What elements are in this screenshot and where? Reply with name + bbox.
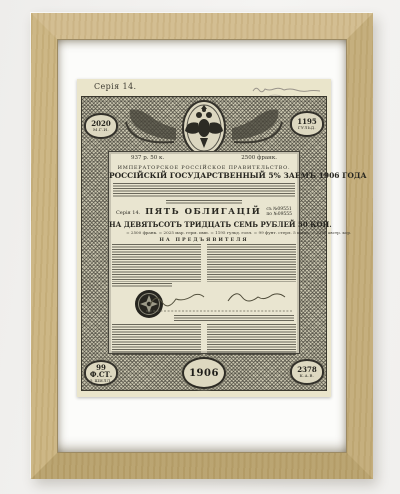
badge-bottom-right-value: 2378 [297,366,316,373]
bond-title: РОССІЙСКІЙ ГОСУДАРСТВЕННЫЙ 5% ЗАЕМЪ 1906… [109,171,299,180]
amount-line: НА ДЕВЯТЬСОТЪ ТРИДЦАТЬ СЕМЬ РУБЛЕЙ 50 КО… [109,220,299,229]
fine-print-column [207,244,296,282]
bond-count-label: ПЯТЬ ОБЛИГАЦІЙ [145,207,261,217]
badge-top-right-value: 1195 [297,118,316,125]
fine-print-column [112,244,201,282]
certificate-text-area: 937 р. 50 к. 2500 франк. ИМПЕРАТОРСКОЕ Р… [108,151,300,354]
currency-equivalents-line: = 2500 франк. = 2025 мар. герм. имп. = 1… [126,231,282,236]
bearer-line: НА ПРЕДЪЯВИТЕЛЯ [109,237,299,243]
seal-and-signature-row [112,283,296,323]
fine-print-block [166,200,242,205]
fine-print-column [112,324,201,355]
mat-board: Серія 14. 2020 М.Г.И. 1195 ГУЛЬД. [57,39,347,453]
badge-bottom-left-unit: 5 ШИЛЛ. [90,379,112,383]
badge-top-right-unit: ГУЛЬД. [298,126,316,130]
year-label: 1906 [189,368,219,379]
badge-top-left: 2020 М.Г.И. [84,113,118,139]
value-francs: 2500 франк. [241,155,277,161]
value-rubles: 937 р. 50 к. [131,155,164,161]
bond-numbers: съ №09551 по №09555 [266,207,292,218]
fine-print-caption [174,315,294,321]
denomination-row: 937 р. 50 к. 2500 франк. [109,155,299,161]
year-medallion: 1906 [182,357,226,389]
laurel-ornament-left [120,104,178,146]
fine-print-block [113,183,295,198]
series-label: Серія 14. [116,210,140,216]
badge-bottom-left: 99 Ф.СТ. 5 ШИЛЛ. [84,360,118,386]
terms-columns-upper [112,244,296,282]
badge-top-right: 1195 ГУЛЬД. [290,111,324,137]
badge-bottom-right-unit: К.А.В. [300,374,315,378]
engraved-border: 2020 М.Г.И. 1195 ГУЛЬД. 99 Ф.СТ. 5 ШИЛЛ.… [81,96,327,391]
bond-number-to: по №09555 [266,212,292,217]
terms-columns-lower [112,324,296,355]
fine-print-column [207,324,296,355]
photo-of-framed-bond: Серія 14. 2020 М.Г.И. 1195 ГУЛЬД. [0,0,400,494]
picture-frame: Серія 14. 2020 М.Г.И. 1195 ГУЛЬД. [31,13,373,479]
laurel-ornament-right [230,104,288,146]
imperial-eagle-emblem [172,98,236,158]
badge-bottom-left-value: 99 Ф.СТ. [86,364,116,378]
series-annotation: Серія 14. [94,82,136,91]
bond-certificate: Серія 14. 2020 М.Г.И. 1195 ГУЛЬД. [77,79,331,397]
series-row: Серія 14. ПЯТЬ ОБЛИГАЦІЙ съ №09551 по №0… [109,207,299,218]
badge-top-left-unit: М.Г.И. [93,128,109,132]
badge-bottom-right: 2378 К.А.В. [290,359,324,385]
badge-top-left-value: 2020 [91,120,110,127]
